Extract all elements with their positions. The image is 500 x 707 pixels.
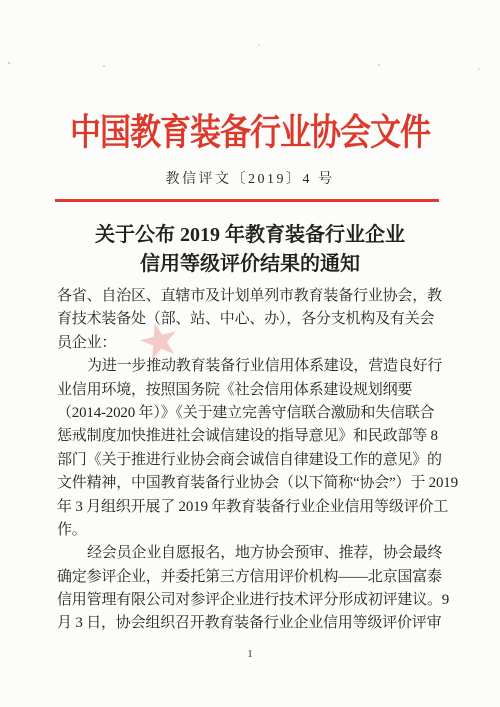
doc-number: 教信评文〔2019〕4 号: [0, 168, 500, 188]
body-line: 月 3 日，协会组织召开教育装备行业企业信用等级评价评审: [57, 612, 445, 635]
notice-title-line2: 信用等级评价结果的通知: [0, 250, 500, 279]
body-line: 信用管理有限公司对参评企业进行技术评分形成初评建议。9: [57, 589, 445, 612]
scan-noise: [8, 62, 10, 64]
body-text: 各省、自治区、直辖市及计划单列市教育装备行业协会，教 育技术装备处（部、站、中心…: [57, 285, 445, 636]
body-line: 经会员企业自愿报名，地方协会预审、推荐，协会最终: [57, 542, 445, 565]
body-line: 育技术装备处（部、站、中心、办），各分支机构及有关会: [57, 308, 445, 331]
body-line: （2014-2020 年）》《关于建立完善守信联合激励和失信联合: [57, 402, 445, 425]
body-line: 为进一步推动教育装备行业信用体系建设，营造良好行: [57, 355, 445, 378]
body-line: 作。: [57, 519, 445, 542]
body-line: 员企业：: [57, 332, 445, 355]
body-line: 各省、自治区、直辖市及计划单列市教育装备行业协会，教: [57, 285, 445, 308]
body-line: 年 3 月组织开展了 2019 年教育装备行业企业信用等级评价工: [57, 496, 445, 519]
body-line: 业信用环境，按照国务院《社会信用体系建设规划纲要: [57, 379, 445, 402]
body-line: 惩戒制度加快推进社会诚信建设的指导意见》和民政部等 8: [57, 425, 445, 448]
body-line: 部门《关于推进行业协会商会诚信自律建设工作的意见》的: [57, 449, 445, 472]
document-page: 中国教育装备行业协会文件 教信评文〔2019〕4 号 关于公布 2019 年教育…: [0, 0, 500, 707]
page-number: 1: [0, 648, 500, 660]
body-line: 确定参评企业，并委托第三方信用评价机构——北京国富泰: [57, 566, 445, 589]
red-divider-rule: [55, 199, 439, 202]
body-line: 文件精神，中国教育装备行业协会（以下简称“协会”）于 2019: [57, 472, 445, 495]
org-header-title: 中国教育装备行业协会文件: [0, 102, 500, 155]
notice-title: 关于公布 2019 年教育装备行业企业 信用等级评价结果的通知: [0, 221, 500, 279]
notice-title-line1: 关于公布 2019 年教育装备行业企业: [0, 221, 500, 250]
